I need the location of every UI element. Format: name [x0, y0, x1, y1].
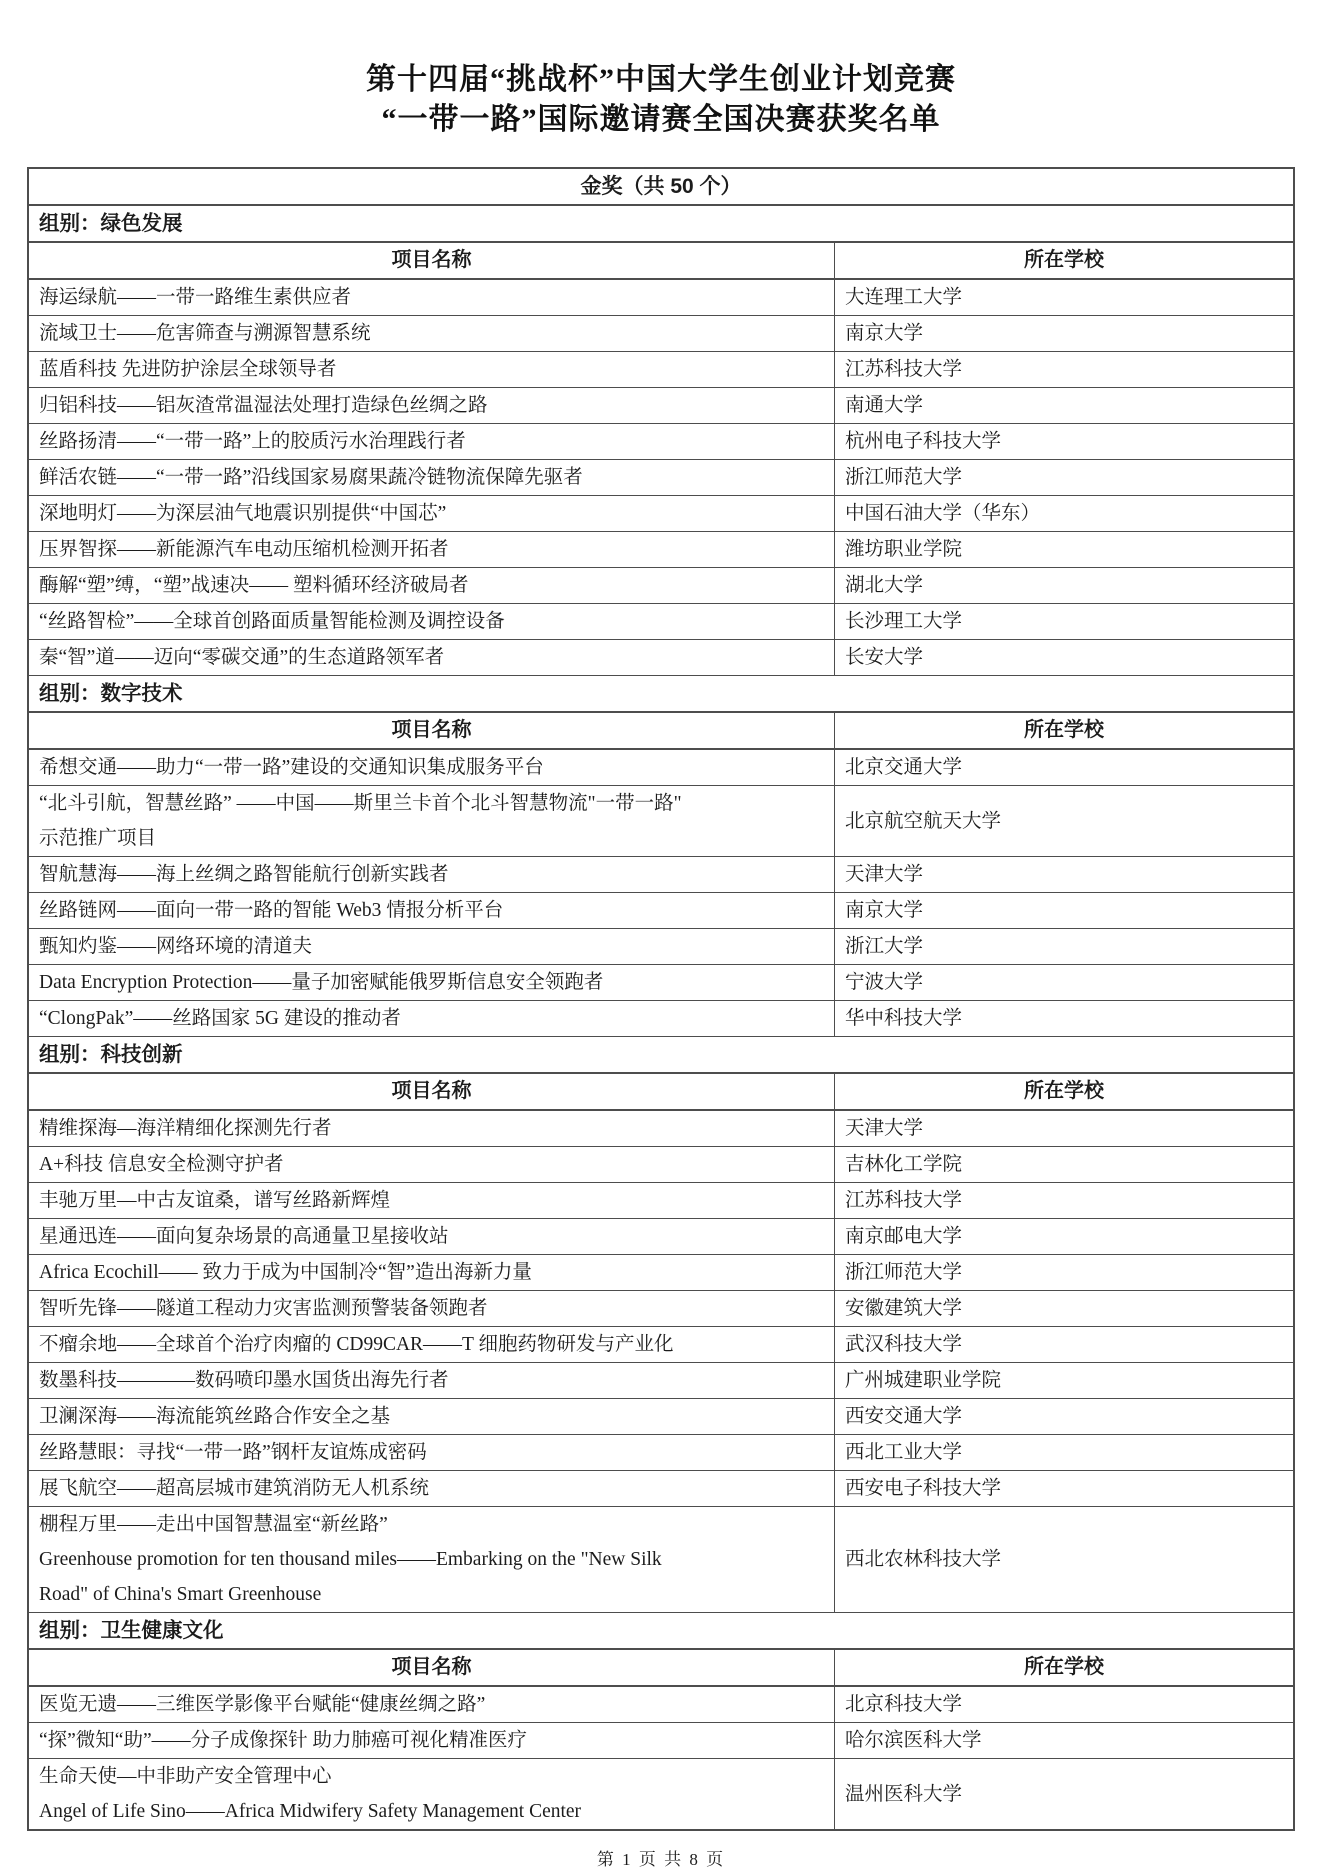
school-name-cell: 哈尔滨医科大学 — [834, 1723, 1294, 1759]
project-name-cell: 归铝科技——铝灰渣常温湿法处理打造绿色丝绸之路 — [28, 388, 834, 424]
awards-table: 金奖（共 50 个）组别：绿色发展项目名称所在学校海运绿航——一带一路维生素供应… — [27, 167, 1295, 1831]
table-row: Africa Ecochill—— 致力于成为中国制冷“智”造出海新力量浙江师范… — [28, 1255, 1294, 1291]
group-label-row: 组别：绿色发展 — [28, 205, 1294, 242]
document-title: 第十四届“挑战杯”中国大学生创业计划竞赛 “一带一路”国际邀请赛全国决赛获奖名单 — [0, 0, 1322, 140]
table-row: 希想交通——助力“一带一路”建设的交通知识集成服务平台北京交通大学 — [28, 749, 1294, 786]
table-row: 深地明灯——为深层油气地震识别提供“中国芯”中国石油大学（华东） — [28, 496, 1294, 532]
school-name-cell: 温州医科大学 — [834, 1759, 1294, 1831]
column-header-school: 所在学校 — [834, 1073, 1294, 1110]
school-name-cell: 潍坊职业学院 — [834, 532, 1294, 568]
project-name-cell: 甄知灼鉴——网络环境的清道夫 — [28, 929, 834, 965]
school-name-cell: 北京交通大学 — [834, 749, 1294, 786]
page-footer: 第 1 页 共 8 页 — [0, 1845, 1322, 1870]
table-row: 卫澜深海——海流能筑丝路合作安全之基西安交通大学 — [28, 1399, 1294, 1435]
award-title: 金奖（共 50 个） — [28, 168, 1294, 205]
school-name-cell: 长沙理工大学 — [834, 604, 1294, 640]
column-header-row: 项目名称所在学校 — [28, 1073, 1294, 1110]
column-header-school: 所在学校 — [834, 242, 1294, 279]
school-name-cell: 西安电子科技大学 — [834, 1471, 1294, 1507]
school-name-cell: 杭州电子科技大学 — [834, 424, 1294, 460]
project-name-cell: 酶解“塑”缚，“塑”战速决—— 塑料循环经济破局者 — [28, 568, 834, 604]
project-name-cell: 丰驰万里—中古友谊桑，谱写丝路新辉煌 — [28, 1183, 834, 1219]
table-row: 不瘤余地——全球首个治疗肉瘤的 CD99CAR——T 细胞药物研发与产业化武汉科… — [28, 1327, 1294, 1363]
table-row: 医览无遗——三维医学影像平台赋能“健康丝绸之路”北京科技大学 — [28, 1686, 1294, 1723]
project-name-cell: 精维探海—海洋精细化探测先行者 — [28, 1110, 834, 1147]
group-label: 组别：科技创新 — [28, 1037, 1294, 1074]
table-row: 蓝盾科技 先进防护涂层全球领导者江苏科技大学 — [28, 352, 1294, 388]
project-name-cell: 海运绿航——一带一路维生素供应者 — [28, 279, 834, 316]
project-name-cell: “探”微知“助”——分子成像探针 助力肺癌可视化精准医疗 — [28, 1723, 834, 1759]
table-row: 甄知灼鉴——网络环境的清道夫浙江大学 — [28, 929, 1294, 965]
project-name-cell: 丝路链网——面向一带一路的智能 Web3 情报分析平台 — [28, 893, 834, 929]
project-name-cell: 棚程万里——走出中国智慧温室“新丝路” Greenhouse promotion… — [28, 1507, 834, 1613]
project-name-cell: 星通迅连——面向复杂场景的高通量卫星接收站 — [28, 1219, 834, 1255]
project-name-cell: 秦“智”道——迈向“零碳交通”的生态道路领军者 — [28, 640, 834, 676]
column-header-project: 项目名称 — [28, 1649, 834, 1686]
school-name-cell: 中国石油大学（华东） — [834, 496, 1294, 532]
document-title-line1: 第十四届“挑战杯”中国大学生创业计划竞赛 — [0, 60, 1322, 100]
school-name-cell: 北京科技大学 — [834, 1686, 1294, 1723]
project-name-cell: 蓝盾科技 先进防护涂层全球领导者 — [28, 352, 834, 388]
table-row: 精维探海—海洋精细化探测先行者天津大学 — [28, 1110, 1294, 1147]
project-name-cell: “北斗引航，智慧丝路” ——中国——斯里兰卡首个北斗智慧物流"一带一路" 示范推… — [28, 786, 834, 857]
column-header-row: 项目名称所在学校 — [28, 242, 1294, 279]
group-label-row: 组别：科技创新 — [28, 1037, 1294, 1074]
school-name-cell: 西安交通大学 — [834, 1399, 1294, 1435]
project-name-cell: “ClongPak”——丝路国家 5G 建设的推动者 — [28, 1001, 834, 1037]
group-label-row: 组别：数字技术 — [28, 676, 1294, 713]
project-name-cell: A+科技 信息安全检测守护者 — [28, 1147, 834, 1183]
column-header-row: 项目名称所在学校 — [28, 1649, 1294, 1686]
document-title-line2: “一带一路”国际邀请赛全国决赛获奖名单 — [0, 100, 1322, 140]
table-row: “ClongPak”——丝路国家 5G 建设的推动者华中科技大学 — [28, 1001, 1294, 1037]
school-name-cell: 西北农林科技大学 — [834, 1507, 1294, 1613]
table-row: 展飞航空——超高层城市建筑消防无人机系统西安电子科技大学 — [28, 1471, 1294, 1507]
table-row: “北斗引航，智慧丝路” ——中国——斯里兰卡首个北斗智慧物流"一带一路" 示范推… — [28, 786, 1294, 857]
project-name-cell: 压界智探——新能源汽车电动压缩机检测开拓者 — [28, 532, 834, 568]
school-name-cell: 江苏科技大学 — [834, 352, 1294, 388]
awards-table-body: 金奖（共 50 个）组别：绿色发展项目名称所在学校海运绿航——一带一路维生素供应… — [28, 168, 1294, 1830]
table-row: 流域卫士——危害筛查与溯源智慧系统南京大学 — [28, 316, 1294, 352]
project-name-cell: 流域卫士——危害筛查与溯源智慧系统 — [28, 316, 834, 352]
table-row: 压界智探——新能源汽车电动压缩机检测开拓者潍坊职业学院 — [28, 532, 1294, 568]
school-name-cell: 大连理工大学 — [834, 279, 1294, 316]
school-name-cell: 武汉科技大学 — [834, 1327, 1294, 1363]
column-header-school: 所在学校 — [834, 712, 1294, 749]
group-label: 组别：绿色发展 — [28, 205, 1294, 242]
table-row: 棚程万里——走出中国智慧温室“新丝路” Greenhouse promotion… — [28, 1507, 1294, 1613]
school-name-cell: 宁波大学 — [834, 965, 1294, 1001]
project-name-cell: 智听先锋——隧道工程动力灾害监测预警装备领跑者 — [28, 1291, 834, 1327]
project-name-cell: 生命天使—中非助产安全管理中心 Angel of Life Sino——Afri… — [28, 1759, 834, 1831]
school-name-cell: 南京大学 — [834, 893, 1294, 929]
table-row: 丰驰万里—中古友谊桑，谱写丝路新辉煌江苏科技大学 — [28, 1183, 1294, 1219]
table-row: 丝路慧眼：寻找“一带一路”钢杆友谊炼成密码西北工业大学 — [28, 1435, 1294, 1471]
project-name-cell: 深地明灯——为深层油气地震识别提供“中国芯” — [28, 496, 834, 532]
school-name-cell: 江苏科技大学 — [834, 1183, 1294, 1219]
school-name-cell: 北京航空航天大学 — [834, 786, 1294, 857]
table-row: 丝路扬清——“一带一路”上的胶质污水治理践行者杭州电子科技大学 — [28, 424, 1294, 460]
project-name-cell: 不瘤余地——全球首个治疗肉瘤的 CD99CAR——T 细胞药物研发与产业化 — [28, 1327, 834, 1363]
table-row: 酶解“塑”缚，“塑”战速决—— 塑料循环经济破局者湖北大学 — [28, 568, 1294, 604]
document-page: 第十四届“挑战杯”中国大学生创业计划竞赛 “一带一路”国际邀请赛全国决赛获奖名单… — [0, 0, 1322, 1871]
table-row: 海运绿航——一带一路维生素供应者大连理工大学 — [28, 279, 1294, 316]
group-label: 组别：数字技术 — [28, 676, 1294, 713]
table-row: 智听先锋——隧道工程动力灾害监测预警装备领跑者安徽建筑大学 — [28, 1291, 1294, 1327]
school-name-cell: 安徽建筑大学 — [834, 1291, 1294, 1327]
school-name-cell: 浙江师范大学 — [834, 1255, 1294, 1291]
school-name-cell: 天津大学 — [834, 1110, 1294, 1147]
project-name-cell: 医览无遗——三维医学影像平台赋能“健康丝绸之路” — [28, 1686, 834, 1723]
project-name-cell: 鲜活农链——“一带一路”沿线国家易腐果蔬冷链物流保障先驱者 — [28, 460, 834, 496]
project-name-cell: Africa Ecochill—— 致力于成为中国制冷“智”造出海新力量 — [28, 1255, 834, 1291]
school-name-cell: 南京大学 — [834, 316, 1294, 352]
school-name-cell: 广州城建职业学院 — [834, 1363, 1294, 1399]
table-row: Data Encryption Protection——量子加密赋能俄罗斯信息安… — [28, 965, 1294, 1001]
project-name-cell: 丝路慧眼：寻找“一带一路”钢杆友谊炼成密码 — [28, 1435, 834, 1471]
table-row: 鲜活农链——“一带一路”沿线国家易腐果蔬冷链物流保障先驱者浙江师范大学 — [28, 460, 1294, 496]
table-row: 归铝科技——铝灰渣常温湿法处理打造绿色丝绸之路南通大学 — [28, 388, 1294, 424]
school-name-cell: 浙江大学 — [834, 929, 1294, 965]
group-label: 组别：卫生健康文化 — [28, 1613, 1294, 1650]
table-row: 生命天使—中非助产安全管理中心 Angel of Life Sino——Afri… — [28, 1759, 1294, 1831]
table-row: “探”微知“助”——分子成像探针 助力肺癌可视化精准医疗哈尔滨医科大学 — [28, 1723, 1294, 1759]
school-name-cell: 吉林化工学院 — [834, 1147, 1294, 1183]
table-row: 丝路链网——面向一带一路的智能 Web3 情报分析平台南京大学 — [28, 893, 1294, 929]
table-row: 智航慧海——海上丝绸之路智能航行创新实践者天津大学 — [28, 857, 1294, 893]
school-name-cell: 湖北大学 — [834, 568, 1294, 604]
project-name-cell: Data Encryption Protection——量子加密赋能俄罗斯信息安… — [28, 965, 834, 1001]
table-row: A+科技 信息安全检测守护者吉林化工学院 — [28, 1147, 1294, 1183]
school-name-cell: 南京邮电大学 — [834, 1219, 1294, 1255]
project-name-cell: 丝路扬清——“一带一路”上的胶质污水治理践行者 — [28, 424, 834, 460]
project-name-cell: “丝路智检”——全球首创路面质量智能检测及调控设备 — [28, 604, 834, 640]
school-name-cell: 天津大学 — [834, 857, 1294, 893]
school-name-cell: 南通大学 — [834, 388, 1294, 424]
school-name-cell: 西北工业大学 — [834, 1435, 1294, 1471]
project-name-cell: 希想交通——助力“一带一路”建设的交通知识集成服务平台 — [28, 749, 834, 786]
school-name-cell: 长安大学 — [834, 640, 1294, 676]
group-label-row: 组别：卫生健康文化 — [28, 1613, 1294, 1650]
column-header-project: 项目名称 — [28, 1073, 834, 1110]
school-name-cell: 浙江师范大学 — [834, 460, 1294, 496]
project-name-cell: 展飞航空——超高层城市建筑消防无人机系统 — [28, 1471, 834, 1507]
project-name-cell: 卫澜深海——海流能筑丝路合作安全之基 — [28, 1399, 834, 1435]
table-row: 星通迅连——面向复杂场景的高通量卫星接收站南京邮电大学 — [28, 1219, 1294, 1255]
column-header-row: 项目名称所在学校 — [28, 712, 1294, 749]
table-row: 秦“智”道——迈向“零碳交通”的生态道路领军者长安大学 — [28, 640, 1294, 676]
school-name-cell: 华中科技大学 — [834, 1001, 1294, 1037]
project-name-cell: 智航慧海——海上丝绸之路智能航行创新实践者 — [28, 857, 834, 893]
table-row: “丝路智检”——全球首创路面质量智能检测及调控设备长沙理工大学 — [28, 604, 1294, 640]
column-header-school: 所在学校 — [834, 1649, 1294, 1686]
award-title-row: 金奖（共 50 个） — [28, 168, 1294, 205]
table-row: 数墨科技————数码喷印墨水国货出海先行者广州城建职业学院 — [28, 1363, 1294, 1399]
project-name-cell: 数墨科技————数码喷印墨水国货出海先行者 — [28, 1363, 834, 1399]
column-header-project: 项目名称 — [28, 712, 834, 749]
column-header-project: 项目名称 — [28, 242, 834, 279]
